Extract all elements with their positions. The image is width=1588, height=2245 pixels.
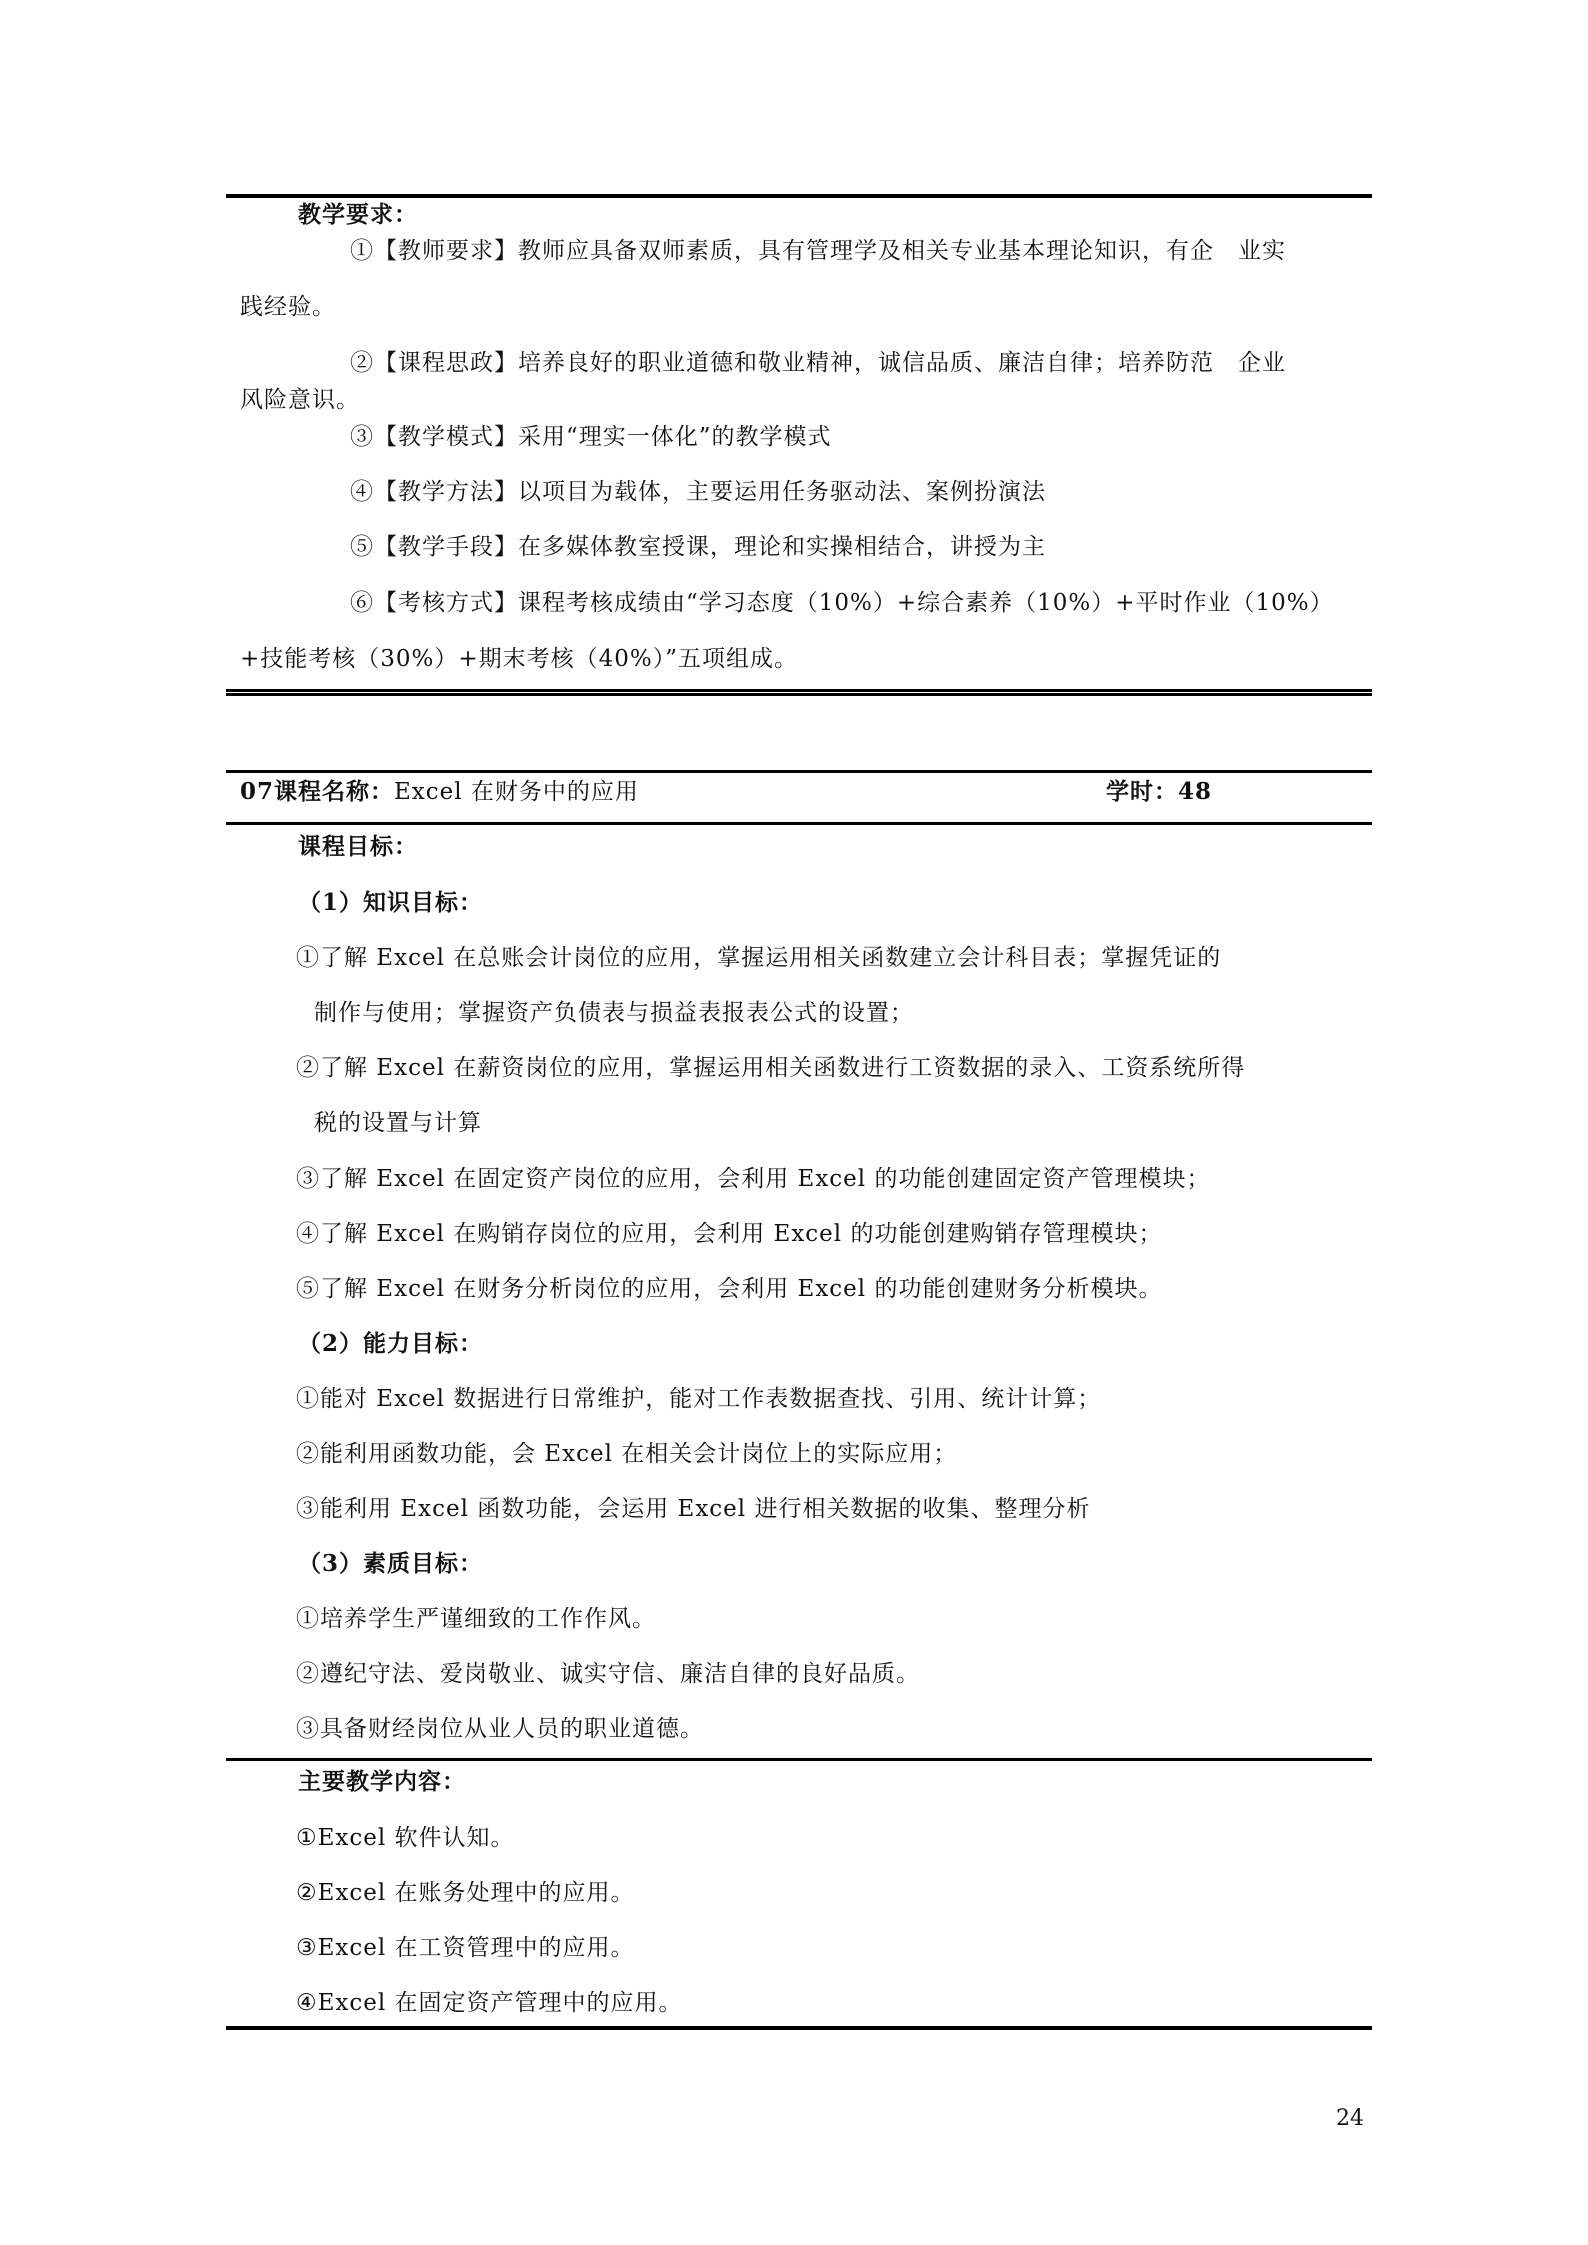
ability-item-2: ②能利用函数功能，会 Excel 在相关会计岗位上的实际应用； [296, 1439, 957, 1469]
ability-item-3: ③能利用 Excel 函数功能，会运用 Excel 进行相关数据的收集、整理分析 [296, 1494, 1090, 1524]
knowledge-item-2: ②了解 Excel 在薪资岗位的应用，掌握运用相关函数进行工资数据的录入、工资系… [296, 1053, 1245, 1083]
quality-item-3: ③具备财经岗位从业人员的职业道德。 [296, 1714, 704, 1744]
course-header-bottom-rule [226, 822, 1372, 825]
ability-item-1: ①能对 Excel 数据进行日常维护，能对工作表数据查找、引用、统计计算； [296, 1384, 1101, 1414]
requirement-item-5: ⑤【教学手段】在多媒体教室授课，理论和实操相结合，讲授为主 [350, 532, 1046, 562]
bottom-rule [226, 2026, 1372, 2030]
requirement-item-6-cont: +技能考核（30%）+期末考核（40%）”五项组成。 [240, 644, 798, 674]
requirement-item-3: ③【教学模式】采用“理实一体化”的教学模式 [350, 422, 832, 452]
objectives-heading: 课程目标： [298, 832, 418, 862]
quality-item-1: ①培养学生严谨细致的工作作风。 [296, 1604, 656, 1634]
course-number: 07 [240, 778, 274, 805]
course-header-top-rule [226, 770, 1372, 773]
course-title-row: 07课程名称：Excel 在财务中的应用 [240, 777, 639, 807]
course-hours: 学时：48 [1106, 777, 1212, 807]
requirement-item-6: ⑥【考核方式】课程考核成绩由“学习态度（10%）+综合素养（10%）+平时作业（… [350, 588, 1334, 618]
knowledge-item-2-cont: 税的设置与计算 [314, 1108, 482, 1138]
content-item-2: ②Excel 在账务处理中的应用。 [296, 1878, 635, 1908]
quality-objectives-heading: （3）素质目标： [298, 1549, 483, 1579]
content-item-4: ④Excel 在固定资产管理中的应用。 [296, 1988, 683, 2018]
content-item-3: ③Excel 在工资管理中的应用。 [296, 1933, 635, 1963]
requirement-item-4: ④【教学方法】以项目为载体，主要运用任务驱动法、案例扮演法 [350, 477, 1046, 507]
section-double-rule [226, 689, 1372, 696]
ability-objectives-heading: （2）能力目标： [298, 1329, 483, 1359]
content-top-rule [226, 1758, 1372, 1761]
page-number: 24 [1336, 2106, 1364, 2131]
content-item-1: ①Excel 软件认知。 [296, 1823, 515, 1853]
requirement-item-2: ②【课程思政】培养良好的职业道德和敬业精神，诚信品质、廉洁自律；培养防范 企业 [350, 348, 1286, 378]
quality-item-2: ②遵纪守法、爱岗敬业、诚实守信、廉洁自律的良好品质。 [296, 1659, 920, 1689]
knowledge-objectives-heading: （1）知识目标： [298, 888, 483, 918]
main-content-heading: 主要教学内容： [298, 1767, 466, 1797]
knowledge-item-1: ①了解 Excel 在总账会计岗位的应用，掌握运用相关函数建立会计科目表；掌握凭… [296, 943, 1221, 973]
course-name: Excel 在财务中的应用 [394, 779, 639, 805]
knowledge-item-5: ⑤了解 Excel 在财务分析岗位的应用，会利用 Excel 的功能创建财务分析… [296, 1274, 1162, 1304]
requirement-item-2-cont: 风险意识。 [240, 385, 360, 415]
course-hours-label: 学时： [1106, 778, 1178, 805]
requirement-item-1: ①【教师要求】教师应具备双师素质，具有管理学及相关专业基本理论知识，有企 业实 [350, 236, 1286, 266]
requirement-item-1-cont: 践经验。 [240, 292, 336, 322]
knowledge-item-4: ④了解 Excel 在购销存岗位的应用，会利用 Excel 的功能创建购销存管理… [296, 1219, 1162, 1249]
document-page: 教学要求： ①【教师要求】教师应具备双师素质，具有管理学及相关专业基本理论知识，… [0, 0, 1588, 2245]
knowledge-item-1-cont: 制作与使用；掌握资产负债表与损益表报表公式的设置； [314, 998, 914, 1028]
top-rule [226, 194, 1372, 198]
course-hours-value: 48 [1178, 778, 1212, 805]
course-name-label: 课程名称： [274, 778, 394, 805]
knowledge-item-3: ③了解 Excel 在固定资产岗位的应用，会利用 Excel 的功能创建固定资产… [296, 1164, 1210, 1194]
teaching-requirements-heading: 教学要求： [298, 200, 418, 230]
